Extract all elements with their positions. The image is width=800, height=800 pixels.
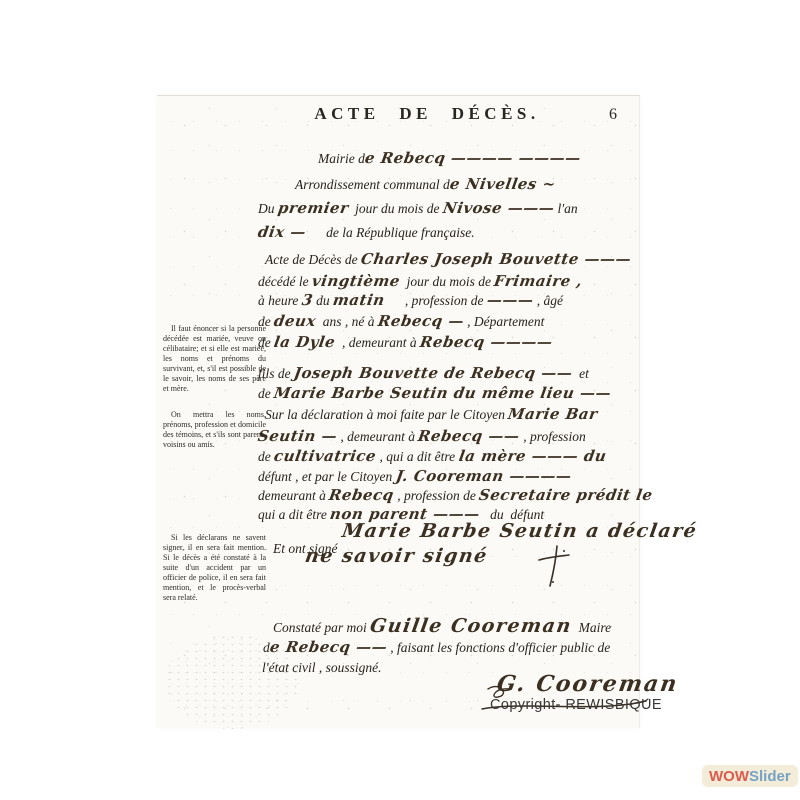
handwritten-text: Rebecq ——	[417, 428, 521, 445]
handwritten-text: ———— ————	[450, 150, 582, 167]
margin-note-1: Il faut énoncer si la personne décédée e…	[163, 324, 266, 394]
line-declare-ne-savoir: Marie Barbe Seutin a déclaré	[342, 521, 697, 543]
copyright-watermark: Copyright- REWISBIQUE	[490, 697, 662, 713]
printed-text: , profession de	[385, 293, 487, 308]
printed-text: Du	[258, 201, 278, 216]
handwritten-text: Marie Barbe Seutin a déclaré	[340, 521, 699, 543]
line-fonctions-officier: de Rebecq —— , faisant les fonctions d'o…	[263, 639, 610, 657]
handwritten-text: Rebecq ————	[419, 334, 554, 351]
printed-text: ans , né à	[316, 314, 378, 329]
line-cultivatrice: de cultivatrice , qui a dit être la mère…	[258, 448, 606, 466]
line-decede-le: décédé le vingtième jour du mois de Frim…	[258, 273, 583, 291]
page-number: 6	[609, 106, 617, 124]
printed-text: jour du mois de	[348, 201, 443, 216]
handwritten-text: Rebecq —	[377, 313, 466, 330]
printed-text: Mairie d	[318, 151, 365, 166]
wavy-divider	[362, 131, 517, 141]
line-heure: à heure 3 du matin , profession de ——— ,…	[258, 292, 563, 310]
line-constate-par-moi: Constaté par moi Guille Cooreman Maire	[273, 616, 611, 638]
printed-text: Arrondissement communal d	[295, 177, 450, 192]
handwritten-text: Marie Bar	[507, 406, 599, 423]
line-defunt-citoyen: défunt , et par le Citoyen J. Cooreman —…	[258, 468, 571, 486]
handwritten-text: la Dyle	[273, 334, 337, 351]
line-ne-savoir-signe: ne savoir signé	[305, 546, 488, 568]
printed-text: Maire	[572, 620, 611, 635]
line-temoin1: Seutin — , demeurant à Rebecq —— , profe…	[258, 428, 586, 446]
handwritten-text: Secretaire prédit le	[478, 487, 654, 504]
handwritten-text: la mère ——— du	[457, 448, 607, 465]
printed-text: demeurant à	[258, 488, 329, 503]
handwritten-text: e Rebecq	[364, 150, 453, 167]
handwritten-text: Marie Barbe Seutin du même lieu ——	[273, 385, 613, 402]
screenshot-root: ACTE DE DÉCÈS. 6 Mairie de Rebecq ———— —…	[0, 0, 800, 800]
handwritten-text: Charles Joseph Bouvette ———	[360, 251, 633, 268]
margin-note-3: Si les déclarans ne savent signer, il en…	[163, 533, 266, 603]
printed-text: , demeurant à	[337, 429, 418, 444]
handwritten-text: cultivatrice	[273, 448, 378, 465]
printed-text: et	[572, 366, 589, 381]
printed-text: , demeurant à	[335, 335, 420, 350]
handwritten-text: Frimaire ,	[493, 273, 584, 290]
wowslider-watermark[interactable]: WOWSlider	[702, 765, 798, 787]
margin-note-2: On mettra les noms, prénoms, profession …	[163, 410, 266, 450]
printed-text: , profession	[520, 429, 586, 444]
printed-text: Constaté par moi	[273, 620, 370, 635]
line-mairie: Mairie de Rebecq ———— ————	[318, 150, 581, 168]
handwritten-text: premier	[277, 200, 350, 217]
printed-text: Sur la déclaration à moi faite par le Ci…	[265, 407, 508, 422]
handwritten-text: J. Cooreman ————	[394, 468, 572, 485]
printed-text: qui a dit être	[258, 507, 330, 522]
line-age-ne-a: de deux ans , né à Rebecq — , Départemen…	[258, 313, 544, 331]
handwritten-text: ne savoir signé	[303, 546, 489, 568]
handwritten-text: Joseph Bouvette de Rebecq ——	[293, 365, 574, 382]
line-an-republique: dix — de la République française.	[258, 224, 475, 242]
scan-noise-patch	[165, 634, 300, 729]
printed-text: , Département	[464, 314, 545, 329]
handwritten-text: vingtième	[311, 273, 402, 290]
line-temoin2: demeurant à Rebecq , profession de Secre…	[258, 487, 653, 505]
printed-text: défunt , et par le Citoyen	[258, 469, 396, 484]
handwritten-text: ———	[485, 292, 534, 309]
handwritten-text: dix —	[257, 224, 308, 241]
document-title: ACTE DE DÉCÈS.	[257, 104, 597, 124]
handwritten-text: Nivose ———	[441, 200, 555, 217]
line-mere-de: de Marie Barbe Seutin du même lieu ——	[258, 385, 611, 403]
line-declaration: Sur la déclaration à moi faite par le Ci…	[265, 406, 598, 424]
wowslider-slider-text: Slider	[749, 768, 791, 785]
handwritten-text: matin	[332, 292, 386, 309]
printed-text: l'an	[554, 201, 578, 216]
line-fils-de: fils de Joseph Bouvette de Rebecq —— et	[258, 365, 589, 383]
printed-text: décédé le	[258, 274, 312, 289]
handwritten-text: Seutin —	[257, 428, 339, 445]
printed-text: jour du mois de	[400, 274, 495, 289]
printed-text: du	[313, 293, 333, 308]
wowslider-wow-text: WOW	[709, 768, 749, 785]
signature-cross-mark	[537, 544, 571, 588]
line-acte-de-deces: Acte de Décès de Charles Joseph Bouvette…	[265, 251, 631, 269]
handwritten-text: Guille Cooreman	[368, 616, 573, 638]
printed-text: , qui a dit être	[376, 449, 458, 464]
line-arrondissement: Arrondissement communal de Nivelles ~	[295, 176, 555, 194]
handwritten-text: Rebecq	[328, 487, 395, 504]
handwritten-text: deux	[273, 313, 318, 330]
printed-text: , âgé	[533, 293, 563, 308]
printed-text: , profession de	[394, 488, 479, 503]
line-departement: de la Dyle , demeurant à Rebecq ————	[258, 334, 552, 352]
handwritten-text: e Nivelles ~	[448, 176, 556, 193]
printed-text: , faisant les fonctions d'officier publi…	[387, 640, 610, 655]
printed-text: à heure	[258, 293, 302, 308]
printed-text: Acte de Décès de	[265, 252, 361, 267]
printed-text: de la République française.	[306, 225, 475, 240]
line-jour-du-mois: Du premier jour du mois de Nivose ——— l'…	[258, 200, 578, 218]
printed-text: de	[258, 449, 274, 464]
scanned-death-certificate-page: ACTE DE DÉCÈS. 6 Mairie de Rebecq ———— —…	[157, 95, 640, 728]
